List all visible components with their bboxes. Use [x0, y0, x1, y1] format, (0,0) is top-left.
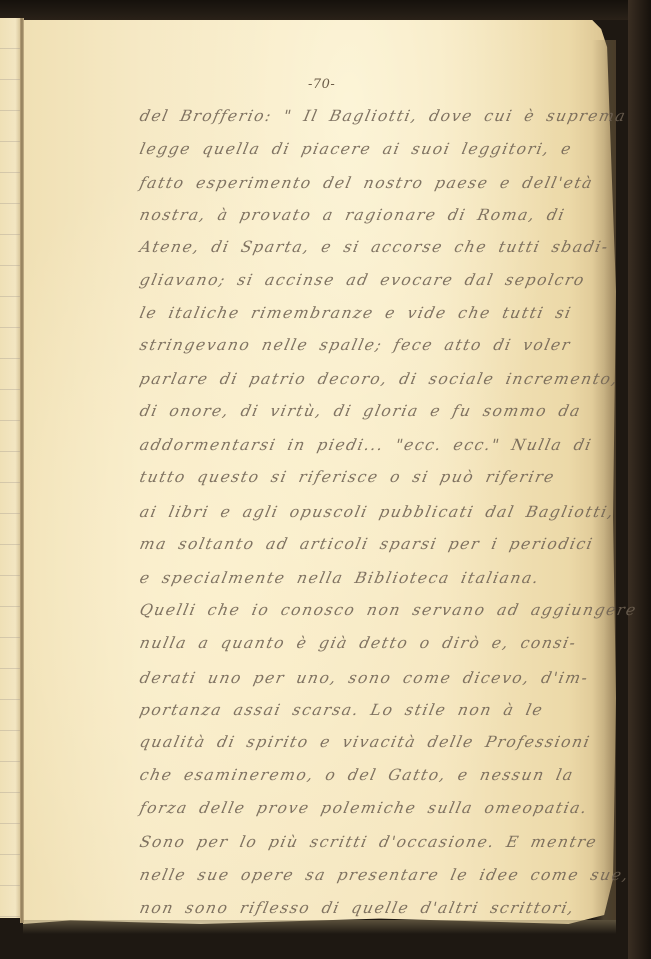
manuscript-page: [23, 20, 616, 924]
scanner-background-right: [628, 0, 651, 959]
book-gutter: [20, 18, 24, 923]
scanner-background-top: [0, 0, 651, 20]
page-bottom-stain: [23, 920, 616, 934]
facing-page-edge: [0, 18, 22, 918]
manuscript-scan: -70- del Brofferio: " Il Bagliotti, dove…: [0, 0, 651, 959]
